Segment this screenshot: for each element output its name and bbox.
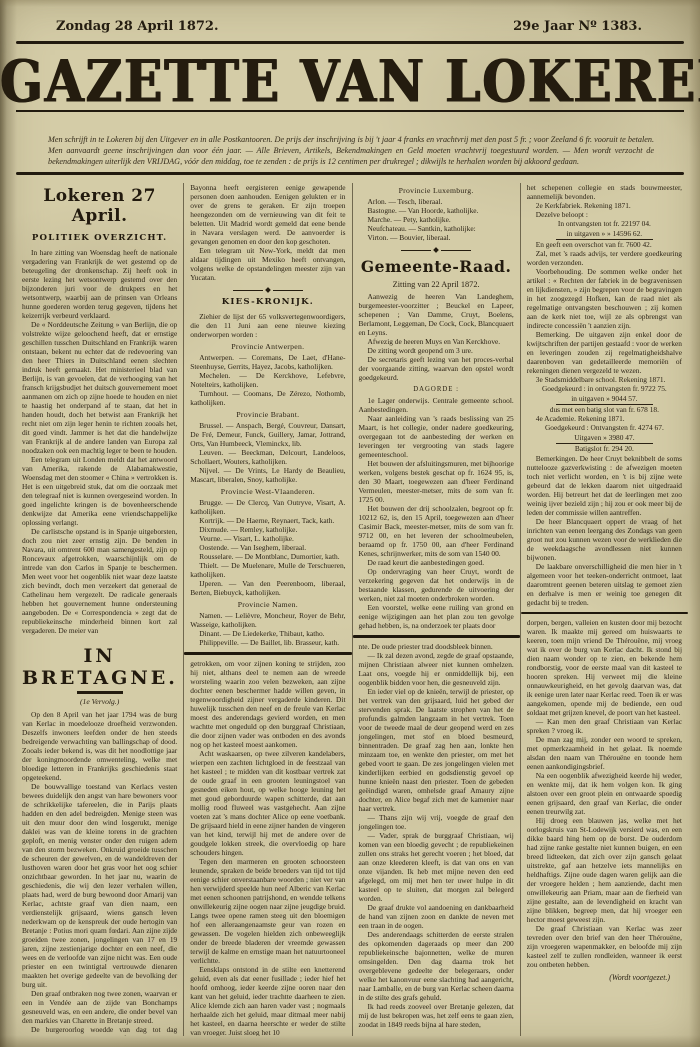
province-subhead: Provincie Namen. <box>190 600 345 609</box>
paragraph: Een voorstel, welke eene ruiling van gro… <box>359 603 514 630</box>
paragraph: Zal, met 's raads advijs, ter verdere go… <box>527 249 682 267</box>
paragraph: Bayonna heeft eergisteren eenige gewapen… <box>190 183 345 246</box>
paragraph: 4e Academie. Rekening 1871. <box>527 414 682 423</box>
paragraph: Kortrijk. — De Haerne, Reynaert, Tack, k… <box>190 516 345 525</box>
paragraph: De burgeroorlog woedde van dag tot dag h… <box>22 1025 177 1037</box>
center-note: Zitting van 22 April 1872. <box>359 280 514 289</box>
paragraph: De laakbare onverschilligheid die men hi… <box>527 562 682 607</box>
paragraph: Oostende. — Van Iseghem, liberaal. <box>190 543 345 552</box>
agenda-label: DAGORDE : <box>359 385 514 394</box>
amount-line: In ontvangsten tot fr. 22197 04. <box>527 219 682 228</box>
amount-line: in uitgaven » » 14596 62. <box>556 229 652 240</box>
paragraph: Namen. — Lelièvre, Moncheur, Royer de Be… <box>190 611 345 629</box>
paragraph: Arlon. — Tesch, liberaal. <box>359 197 514 206</box>
heading-rule <box>77 691 123 693</box>
paragraph: Brussel. — Anspach, Bergé, Couvreur, Dan… <box>190 421 345 448</box>
column-1: Lokeren 27 April.POLITIEK OVERZICHT.In h… <box>16 183 183 1036</box>
paragraph: Dixmude. — Remley, katholijke. <box>190 525 345 534</box>
paragraph: — Vader, sprak de burggraaf Christiaan, … <box>359 831 514 903</box>
paragraph: En ieder viel op de knieën, terwijl de p… <box>359 687 514 813</box>
paragraph: De « Norddeutsche Zeitung » van Berlijn,… <box>22 320 177 455</box>
paragraph: Marche. — Pety, katholijke. <box>359 215 514 224</box>
paragraph: Nijvel. — De Vrints, Le Hardy de Beaulie… <box>190 466 345 484</box>
paragraph: Turnhout. — Coomans, De Zérezo, Nothomb,… <box>190 389 345 407</box>
paragraph: Voorbehouding. De sommen welke onder het… <box>527 267 682 330</box>
paragraph: De carlistsche opstand is in Spanje uitg… <box>22 527 177 635</box>
paragraph: Een telegram uit New-York, meldt dat men… <box>190 246 345 282</box>
amount-line: Uitgaven » 3980 47. <box>556 433 652 444</box>
paragraph: Mechelen. — De Kerckhove, Lefebvre, Note… <box>190 371 345 389</box>
amount-line: Goedgekeurd : in ontvangsten fr. 9722 75… <box>527 384 682 393</box>
header-rule <box>16 41 684 44</box>
paragraph: Antwerpen. — Coremans, De Laet, d'Hane-S… <box>190 353 345 371</box>
column-3: Provincie Luxemburg.Arlon. — Tesch, libe… <box>352 183 520 1036</box>
paragraph: Eensklaps ontstond in de stilte een knet… <box>190 965 345 1036</box>
paragraph: Ziehier de lijst der 65 volksvertegenwoo… <box>190 312 345 339</box>
paragraph: Naar aanleiding van 's raads beslissing … <box>359 414 514 459</box>
paragraph: 1e Lager onderwijs. Centrale gemeente sc… <box>359 396 514 414</box>
feuilleton-rule <box>184 652 351 655</box>
body-rule <box>16 172 684 175</box>
paragraph: Afwezig de heeren Muys en Van Kerckhove. <box>359 337 514 346</box>
province-subhead: Provincie Luxemburg. <box>359 186 514 195</box>
paragraph: 3e Stadsmiddelbare school. Rekening 1871… <box>527 375 682 384</box>
paragraph: De zitting wordt geopend om 3 ure. <box>359 346 514 355</box>
paragraph: Philippeville. — De Baillet, lib. Brasse… <box>190 638 345 647</box>
paragraph: In hare zitting van Woensdag heeft de na… <box>22 248 177 320</box>
paragraph: Veurne. — Visart, L. katholijke. <box>190 534 345 543</box>
column-4: het schepenen collegie en stads bouwmees… <box>520 183 688 1036</box>
paragraph: Des anderendaags schitterden de eerste s… <box>359 930 514 1002</box>
paragraph: De man zag mij, zonder een woord te spre… <box>527 735 682 771</box>
page-header: Zondag 28 April 1872. 29e Jaar Nº 1383. <box>0 0 700 34</box>
province-subhead: Provincie Brabant. <box>190 410 345 419</box>
paragraph: het schepenen collegie en stads bouwmees… <box>527 183 682 201</box>
paragraph: — Thans zijn wij vrij, voegde de graaf d… <box>359 813 514 831</box>
paragraph: De heer Blancquaert oppert de vraag of h… <box>527 517 682 562</box>
paragraph: Dinant. — De Liedekerke, Thibaut, katho. <box>190 629 345 638</box>
paragraph: Een telegram uit Londen meldt dat het an… <box>22 455 177 527</box>
amount-line: dus met een batig slot van fr. 678 18. <box>527 405 682 414</box>
paragraph: getrokken, om voor zijnen koning te stri… <box>190 659 345 749</box>
paragraph: Den graaf ontbraken nog twee zonen, waar… <box>22 989 177 1025</box>
paragraph: De bouwvallige toestand van Kerlacs vest… <box>22 782 177 989</box>
section-heading: POLITIEK OVERZICHT. <box>22 233 177 244</box>
continuation-note: (1e Vervolg.) <box>22 697 177 706</box>
section-heading: KIES-KRONIJK. <box>190 297 345 308</box>
feuilleton-rule <box>521 612 688 615</box>
paragraph: Ik had reeds zooveel over Bretanje gelez… <box>359 1002 514 1029</box>
paragraph: nte. De oude priester trad doodsbleek bi… <box>359 642 514 651</box>
paragraph: Rousselare. — De Montblanc, Dumortier, k… <box>190 552 345 561</box>
masthead-title: GAZETTE VAN LOKEREN. <box>0 47 700 115</box>
paragraph: Tegen den marmeren en grooten schoorstee… <box>190 857 345 965</box>
paragraph: Bastogne. — Van Hoorde, katholijke. <box>359 206 514 215</box>
paragraph: Hij droeg een blauwen jas, welke met het… <box>527 816 682 924</box>
paragraph: Dezelve beloopt : <box>527 210 682 219</box>
paragraph: Bemerkingen. De heer Cruyt beknibbelt de… <box>527 454 682 517</box>
paragraph: — Kan men den graaf Christiaan van Kerla… <box>527 717 682 735</box>
article-heading: Gemeente-Raad. <box>359 257 514 277</box>
province-subhead: Provincie Antwerpen. <box>190 342 345 351</box>
column-2: Bayonna heeft eergisteren eenige gewapen… <box>183 183 351 1036</box>
article-heading: Lokeren 27 April. <box>22 186 177 226</box>
paragraph: Neufchateau. — Santkin, katholijke: <box>359 224 514 233</box>
article-heading: IN BRETAGNE. <box>22 645 177 689</box>
paragraph: Na een oogenblik afwezigheid keerde hij … <box>527 771 682 816</box>
paragraph: 2e Kerkfabriek. Rekening 1871. <box>527 201 682 210</box>
paragraph: De graaf drukte vol aandoening en dankba… <box>359 903 514 930</box>
paragraph: Thielt. — De Muelenare, Mulle de Terschu… <box>190 561 345 579</box>
paragraph: Leuven. — Beeckman, Delcourt, Landeloos,… <box>190 448 345 466</box>
paragraph: Acht waskaarsen, op twee zilveren kandel… <box>190 749 345 857</box>
subscription-notice: Men schrijft in te Lokeren bij den Uitge… <box>48 134 654 167</box>
paragraph: Het bouwen der drij schoolzalen, begroot… <box>359 504 514 558</box>
paragraph: En geeft een overschot van fr. 7600 42. <box>527 240 682 249</box>
amount-line: Batigslot fr. 294 20. <box>527 444 682 453</box>
amount-line: Goedgekeurd : Ontvangsten fr. 4274 67. <box>527 423 682 432</box>
divider-ornament <box>359 248 514 252</box>
paragraph: dorpen, bergen, valleien en kusten door … <box>527 618 682 717</box>
amount-line: in uitgaven » 9044 57. <box>556 394 652 405</box>
divider-ornament <box>190 288 345 292</box>
paragraph: — Ik zal dezen avond, zegde de graaf ops… <box>359 651 514 687</box>
feuilleton-rule <box>353 635 520 638</box>
paragraph: De graaf Christiaan van Kerlac was zeer … <box>527 924 682 969</box>
paragraph: Virton. — Bouvier, liberaal. <box>359 233 514 242</box>
newspaper-page: Zondag 28 April 1872. 29e Jaar Nº 1383. … <box>0 0 700 1047</box>
column-container: Lokeren 27 April.POLITIEK OVERZICHT.In h… <box>16 183 688 1036</box>
issue-number: 29e Jaar Nº 1383. <box>513 19 642 34</box>
paragraph: Aanwezig de heeren Van Landeghem, burgem… <box>359 292 514 337</box>
paragraph: IJperen. — Van den Peerenboom, liberaal,… <box>190 579 345 597</box>
paragraph: Op ondervraging van heer Cruyt, wordt de… <box>359 567 514 603</box>
paragraph: Bemerking. De uitgaven zijn enkel door d… <box>527 330 682 375</box>
paragraph: Het bouwen der afsluitingsmuren, met bij… <box>359 459 514 504</box>
province-subhead: Provincie West-Vlaanderen. <box>190 487 345 496</box>
paragraph: De secretaris geeft lezing van het proce… <box>359 355 514 382</box>
to-be-continued-note: (Wordt voortgezet.) <box>527 973 682 982</box>
paragraph: De raad keurt die aanbestedingen goed. <box>359 558 514 567</box>
paragraph: Op den 8 April van het jaar 1794 was de … <box>22 710 177 782</box>
paragraph: Brugge. — De Clercq, Van Outryve, Visart… <box>190 498 345 516</box>
issue-date: Zondag 28 April 1872. <box>56 19 219 34</box>
